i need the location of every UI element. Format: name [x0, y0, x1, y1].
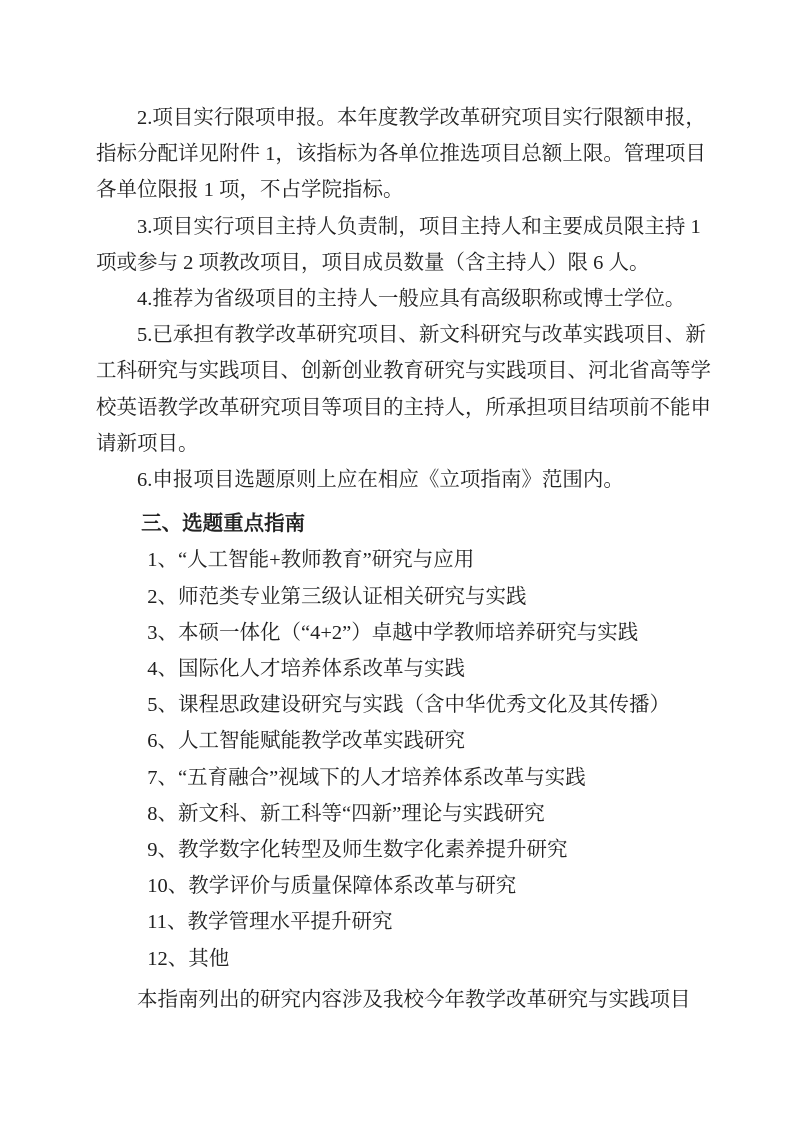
guide-item-12: 12、其他: [96, 941, 713, 977]
guide-item-8: 8、新文科、新工科等“四新”理论与实践研究: [96, 796, 713, 832]
section-heading: 三、选题重点指南: [96, 506, 713, 542]
closing-paragraph: 本指南列出的研究内容涉及我校今年教学改革研究与实践项目: [96, 982, 713, 1018]
document-page: 2.项目实行限项申报。本年度教学改革研究项目实行限额申报，指标分配详见附件 1，…: [0, 0, 800, 1131]
paragraph-topic-scope: 6.申报项目选题原则上应在相应《立项指南》范围内。: [96, 462, 713, 498]
guide-item-4: 4、国际化人才培养体系改革与实践: [96, 651, 713, 687]
guide-item-1: 1、“人工智能+教师教育”研究与应用: [96, 542, 713, 578]
guide-item-11: 11、教学管理水平提升研究: [96, 904, 713, 940]
paragraph-leader-responsibility: 3.项目实行项目主持人负责制，项目主持人和主要成员限主持 1 项或参与 2 项教…: [96, 209, 713, 281]
paragraph-limit-declaration: 2.项目实行限项申报。本年度教学改革研究项目实行限额申报，指标分配详见附件 1，…: [96, 100, 713, 209]
guide-item-3: 3、本硕一体化（“4+2”）卓越中学教师培养研究与实践: [96, 615, 713, 651]
document-text-block: 2.项目实行限项申报。本年度教学改革研究项目实行限额申报，指标分配详见附件 1，…: [96, 100, 713, 1018]
guide-item-10: 10、教学评价与质量保障体系改革与研究: [96, 868, 713, 904]
guide-item-9: 9、教学数字化转型及师生数字化素养提升研究: [96, 832, 713, 868]
paragraph-provincial-recommendation: 4.推荐为省级项目的主持人一般应具有高级职称或博士学位。: [96, 281, 713, 317]
guide-item-6: 6、人工智能赋能教学改革实践研究: [96, 723, 713, 759]
guide-item-7: 7、“五育融合”视域下的人才培养体系改革与实践: [96, 760, 713, 796]
paragraph-existing-projects: 5.已承担有教学改革研究项目、新文科研究与改革实践项目、新工科研究与实践项目、创…: [96, 317, 713, 462]
guide-item-5: 5、课程思政建设研究与实践（含中华优秀文化及其传播）: [96, 687, 713, 723]
guide-item-2: 2、师范类专业第三级认证相关研究与实践: [96, 579, 713, 615]
